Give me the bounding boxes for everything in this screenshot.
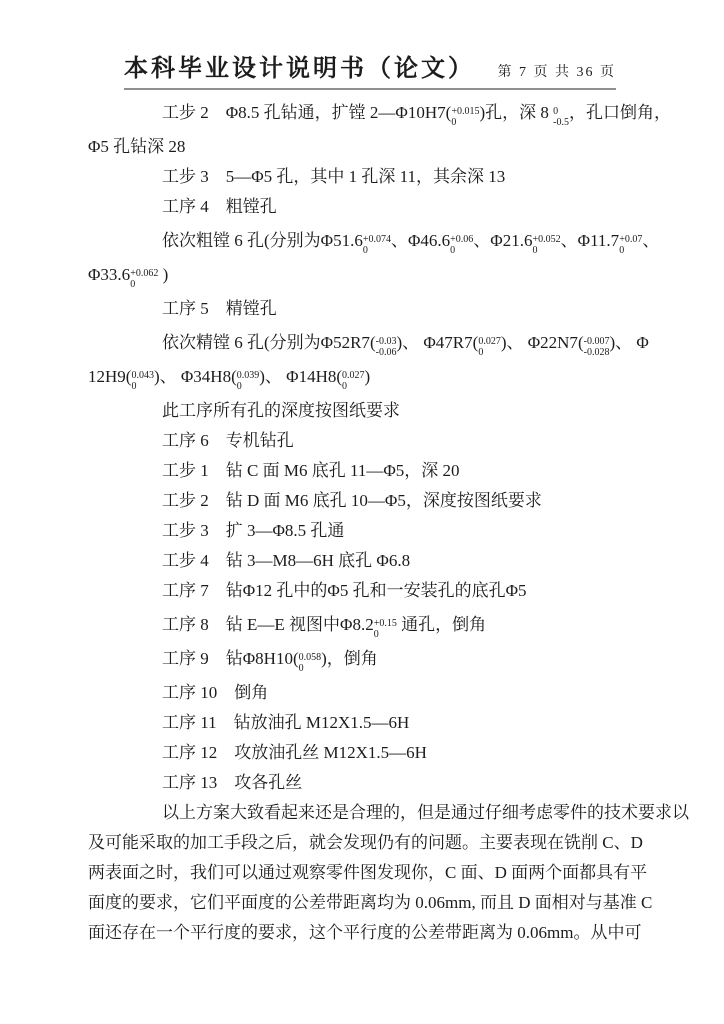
text-line: 及可能采取的加工手段之后，就会发现仍有的问题。主要表现在铣削 C、D (88, 828, 638, 858)
text-line: 依次粗镗 6 孔(分别为Φ51.6+0.0740、Φ46.6+0.060、Φ21… (88, 226, 638, 256)
tolerance-upper: -0.03 (376, 337, 397, 347)
text-run: 、 (642, 231, 659, 250)
tolerance-stack: (0.0270) (336, 367, 370, 386)
tolerance-lower: 0 (363, 246, 391, 256)
text-run: 以上方案大致看起来还是合理的，但是通过仔细考虑零件的技术要求以 (162, 803, 689, 822)
text-run: 、Φ11.7 (561, 231, 620, 250)
tolerance-lower: 0 (237, 382, 260, 392)
text-run: 工序 5 精镗孔 (162, 299, 277, 318)
text-line: 工序 8 钻 E—E 视图中Φ8.2+0.150 通孔，倒角 (88, 610, 638, 640)
tolerance-stack: (0.0270) (473, 333, 507, 352)
tolerance-lower: 0 (131, 382, 154, 392)
text-run: 此工序所有孔的深度按图纸要求 (162, 401, 400, 420)
text-run: 面度的要求，它们平面度的公差带距离均为 0.06mm, 而且 D 面相对与基准 … (88, 893, 652, 912)
text-run: 、 Φ (615, 333, 649, 352)
tolerance-upper: 0.027 (342, 371, 365, 381)
page-header: 本科毕业设计说明书（论文） 第 7 页 共 36 页 (124, 48, 616, 90)
text-line: 工序 7 钻Φ12 孔中的Φ5 孔和一安装孔的底孔Φ5 (88, 576, 638, 606)
tolerance-upper: 0.058 (299, 653, 322, 663)
text-line: 工序 12 攻放油孔丝 M12X1.5—6H (88, 738, 638, 768)
tolerance-upper: 0.027 (478, 337, 501, 347)
text-run: 工序 12 攻放油孔丝 M12X1.5—6H (162, 743, 427, 762)
text-run: 工步 3 扩 3—Φ8.5 孔通 (162, 521, 344, 540)
text-run: 工序 11 钻放油孔 M12X1.5—6H (162, 713, 409, 732)
text-run: 工序 8 钻 E—E 视图中Φ8.2 (162, 615, 374, 634)
text-line: 依次精镗 6 孔(分别为Φ52R7(-0.03-0.06)、 Φ47R7(0.0… (88, 328, 638, 358)
tolerance-stack: +0.070 (619, 231, 642, 250)
tolerance-lower: -0.5 (553, 118, 569, 128)
text-run: 12H9 (88, 367, 126, 386)
tolerance-stack: +0.0520 (533, 231, 561, 250)
text-line: 12H9(0.0430)、 Φ34H8(0.0390)、 Φ14H8(0.027… (88, 362, 638, 392)
text-line: 工步 2 Φ8.5 孔钻通，扩镗 2—Φ10H7(+0.0150)孔，深 8 0… (88, 98, 638, 128)
text-run: 工步 2 钻 D 面 M6 底孔 10—Φ5，深度按图纸要求 (162, 491, 542, 510)
text-run: 面还存在一个平行度的要求，这个平行度的公差带距离为 0.06mm。从中可 (88, 923, 641, 942)
text-run: 、Φ46.6 (391, 231, 450, 250)
text-run: 工步 1 钻 C 面 M6 底孔 11—Φ5，深 20 (162, 461, 460, 480)
text-line: Φ33.6+0.0620 ) (88, 260, 638, 290)
text-run: 、Φ21.6 (473, 231, 532, 250)
tolerance-lower: 0 (130, 280, 158, 290)
tolerance-paren-close: ) (365, 367, 371, 386)
document-body: 工步 2 Φ8.5 孔钻通，扩镗 2—Φ10H7(+0.0150)孔，深 8 0… (88, 98, 638, 948)
tolerance-upper: +0.15 (374, 619, 397, 629)
tolerance-upper: +0.074 (363, 235, 391, 245)
text-run: 工步 2 Φ8.5 孔钻通，扩镗 2—Φ10H7 (162, 103, 446, 122)
tolerance-stack: (0.0390) (231, 367, 265, 386)
text-run: 两表面之时，我们可以通过观察零件图发现你，C 面、D 面两个面都具有平 (88, 863, 647, 882)
tolerance-stack: (0.0430) (126, 367, 160, 386)
text-run: 、 Φ14H8 (265, 367, 336, 386)
tolerance-upper: -0.007 (584, 337, 610, 347)
text-line: 工步 3 扩 3—Φ8.5 孔通 (88, 516, 638, 546)
tolerance-upper: +0.06 (450, 235, 473, 245)
text-run: 工步 4 钻 3—M8—6H 底孔 Φ6.8 (162, 551, 410, 570)
tolerance-upper: +0.052 (533, 235, 561, 245)
text-line: 面还存在一个平行度的要求，这个平行度的公差带距离为 0.06mm。从中可 (88, 918, 638, 948)
text-line: Φ5 孔钻深 28 (88, 132, 638, 162)
tolerance-stack: 0-0.5 (553, 103, 569, 122)
tolerance-lower: 0 (374, 630, 397, 640)
tolerance-lower: -0.06 (376, 348, 397, 358)
text-run: 孔，深 8 (485, 103, 553, 122)
tolerance-lower: 0 (478, 348, 501, 358)
tolerance-lower: 0 (451, 118, 479, 128)
text-run: 、 Φ34H8 (160, 367, 231, 386)
text-line: 工序 9 钻Φ8H10(0.0580)，倒角 (88, 644, 638, 674)
text-line: 两表面之时，我们可以通过观察零件图发现你，C 面、D 面两个面都具有平 (88, 858, 638, 888)
document-page: 本科毕业设计说明书（论文） 第 7 页 共 36 页 工步 2 Φ8.5 孔钻通… (0, 0, 724, 1024)
text-line: 面度的要求，它们平面度的公差带距离均为 0.06mm, 而且 D 面相对与基准 … (88, 888, 638, 918)
text-line: 此工序所有孔的深度按图纸要求 (88, 396, 638, 426)
text-run: 、 Φ22N7 (506, 333, 577, 352)
tolerance-upper: 0.043 (131, 371, 154, 381)
tolerance-lower: 0 (450, 246, 473, 256)
text-run: 、 Φ47R7 (402, 333, 473, 352)
text-line: 工步 2 钻 D 面 M6 底孔 10—Φ5，深度按图纸要求 (88, 486, 638, 516)
page-title: 本科毕业设计说明书（论文） (124, 48, 475, 83)
text-run: 工序 7 钻Φ12 孔中的Φ5 孔和一安装孔的底孔Φ5 (162, 581, 527, 600)
text-run: 依次精镗 6 孔(分别为Φ52R7 (162, 333, 370, 352)
text-line: 工步 4 钻 3—M8—6H 底孔 Φ6.8 (88, 546, 638, 576)
text-line: 工序 4 粗镗孔 (88, 192, 638, 222)
tolerance-upper: +0.062 (130, 269, 158, 279)
text-line: 以上方案大致看起来还是合理的，但是通过仔细考虑零件的技术要求以 (88, 798, 638, 828)
tolerance-upper: 0 (553, 107, 569, 117)
tolerance-stack: (-0.03-0.06) (370, 333, 402, 352)
tolerance-stack: +0.060 (450, 231, 473, 250)
tolerance-upper: 0.039 (237, 371, 260, 381)
tolerance-lower: 0 (619, 246, 642, 256)
text-run: ，倒角 (327, 649, 378, 668)
text-line: 工序 13 攻各孔丝 (88, 768, 638, 798)
tolerance-lower: 0 (533, 246, 561, 256)
text-line: 工序 10 倒角 (88, 678, 638, 708)
tolerance-stack: +0.0620 (130, 265, 158, 284)
tolerance-lower: 0 (342, 382, 365, 392)
tolerance-stack: +0.150 (374, 615, 397, 634)
tolerance-upper: +0.015 (451, 107, 479, 117)
text-run: 工序 13 攻各孔丝 (162, 773, 302, 792)
text-run: 工序 10 倒角 (162, 683, 268, 702)
text-run: Φ5 孔钻深 28 (88, 137, 185, 156)
tolerance-stack: (+0.0150) (446, 103, 485, 122)
text-line: 工序 11 钻放油孔 M12X1.5—6H (88, 708, 638, 738)
text-run: 通孔，倒角 (397, 615, 486, 634)
tolerance-upper: +0.07 (619, 235, 642, 245)
text-run: ，孔口倒角， (569, 103, 671, 122)
text-run: 工序 9 钻Φ8H10 (162, 649, 293, 668)
tolerance-lower: -0.028 (584, 348, 610, 358)
text-line: 工步 3 5—Φ5 孔，其中 1 孔深 11，其余深 13 (88, 162, 638, 192)
text-run: 工序 4 粗镗孔 (162, 197, 277, 216)
text-run: Φ33.6 (88, 265, 130, 284)
text-run: ) (158, 265, 168, 284)
text-run: 及可能采取的加工手段之后，就会发现仍有的问题。主要表现在铣削 C、D (88, 833, 643, 852)
text-run: 工序 6 专机钻孔 (162, 431, 294, 450)
text-run: 工步 3 5—Φ5 孔，其中 1 孔深 11，其余深 13 (162, 167, 505, 186)
text-line: 工步 1 钻 C 面 M6 底孔 11—Φ5，深 20 (88, 456, 638, 486)
tolerance-stack: +0.0740 (363, 231, 391, 250)
tolerance-stack: (-0.007-0.028) (578, 333, 615, 352)
text-run: 依次粗镗 6 孔(分别为Φ51.6 (162, 231, 363, 250)
tolerance-stack: (0.0580) (293, 649, 327, 668)
text-line: 工序 6 专机钻孔 (88, 426, 638, 456)
page-number: 第 7 页 共 36 页 (498, 61, 617, 81)
tolerance-lower: 0 (299, 664, 322, 674)
text-line: 工序 5 精镗孔 (88, 294, 638, 324)
